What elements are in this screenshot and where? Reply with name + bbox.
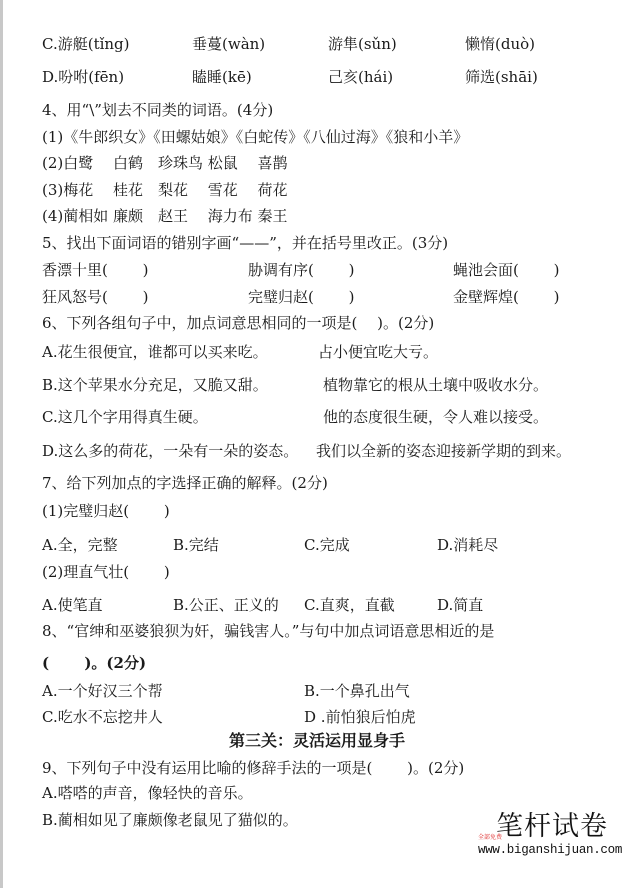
- q7-sub1-c: C.完成: [304, 535, 350, 555]
- q8-blank: ( )。(2分): [42, 653, 146, 673]
- q8-a: A.一个好汉三个帮: [42, 681, 163, 701]
- q5-title: 5、找出下面词语的错别字画“——”，并在括号里改正。(3分): [42, 233, 448, 253]
- q5-r1-1: 香漂十里( ): [42, 260, 148, 280]
- q8-c: C.吃水不忘挖井人: [42, 707, 163, 727]
- q7-title: 7、给下列加点的字选择正确的解释。(2分): [42, 473, 328, 493]
- q9-option-b: B.蔺相如见了廉颇像老鼠见了猫似的。: [42, 810, 298, 830]
- q7-sub2-a: A.使笔直: [42, 595, 103, 615]
- q6-d-right: 我们以全新的姿态迎接新学期的到来。: [316, 441, 571, 461]
- q7-sub2-stem: (2)理直气壮( ): [42, 562, 170, 582]
- q6-a-right: 占小便宜吃大亏。: [318, 342, 438, 362]
- q6-c-right: 他的态度很生硬，令人难以接受。: [323, 407, 548, 427]
- q7-sub2-c: C.直爽，直截: [304, 595, 395, 615]
- q8-d: D .前怕狼后怕虎: [304, 707, 416, 727]
- section-3-title: 第三关：灵活运用显身手: [0, 731, 634, 751]
- q3-c-2: 垂蔓(wàn): [192, 34, 265, 54]
- q7-sub1-stem: (1)完璧归赵( ): [42, 501, 170, 521]
- q3-d-1: D.吩咐(fēn): [42, 67, 124, 87]
- q7-sub1-b: B.完结: [173, 535, 219, 555]
- q3-d-4: 筛选(shāi): [465, 67, 538, 87]
- q5-r2-3: 金壁辉煌( ): [453, 287, 559, 307]
- q6-b-right: 植物靠它的根从土壤中吸收水分。: [323, 375, 548, 395]
- q5-r2-2: 完璧归赵( ): [248, 287, 354, 307]
- q3-d-3: 己亥(hái): [328, 67, 393, 87]
- q8-title: 8、“官绅和巫婆狼狈为奸，骗钱害人。”与句中加点词语意思相近的是: [42, 621, 494, 641]
- q8-b: B.一个鼻孔出气: [304, 681, 410, 701]
- q9-option-a: A.嗒嗒的声音，像轻快的音乐。: [42, 783, 253, 803]
- q3-c-3: 游隼(sǔn): [328, 34, 397, 54]
- q3-c-1: C.游艇(tǐng): [42, 34, 130, 54]
- watermark-free-tag: 全部免费: [478, 834, 502, 842]
- q3-c-4: 懒惰(duò): [465, 34, 535, 54]
- q6-b-left: B.这个苹果水分充足，又脆又甜。: [42, 375, 268, 395]
- q9-title: 9、下列句子中没有运用比喻的修辞手法的一项是( )。(2分): [42, 758, 464, 778]
- q7-sub1-d: D.消耗尽: [437, 535, 498, 555]
- watermark-title: 笔杆试卷: [496, 812, 608, 842]
- q7-sub2-d: D.简直: [437, 595, 483, 615]
- q4-item-2: (2)白鹭 白鹤 珍珠鸟 松鼠 喜鹊: [42, 153, 288, 173]
- q7-sub2-b: B.公正、正义的: [173, 595, 279, 615]
- q4-item-4: (4)蔺相如 廉颇 赵王 海力布 秦王: [42, 206, 288, 226]
- q6-a-left: A.花生很便宜，谁都可以买来吃。: [42, 342, 268, 362]
- left-edge-bar: [0, 0, 3, 888]
- q5-r1-2: 胁调有序( ): [248, 260, 354, 280]
- q4-item-1: (1)《牛郎织女》《田螺姑娘》《白蛇传》《八仙过海》《狼和小羊》: [42, 127, 468, 147]
- q6-c-left: C.这几个字用得真生硬。: [42, 407, 208, 427]
- q4-item-3: (3)梅花 桂花 梨花 雪花 荷花: [42, 180, 288, 200]
- q6-title: 6、下列各组句子中，加点词意思相同的一项是( )。(2分): [42, 313, 434, 333]
- q7-sub1-a: A.全，完整: [42, 535, 118, 555]
- q4-title: 4、用“\”划去不同类的词语。(4分): [42, 100, 273, 120]
- q6-d-left: D.这么多的荷花，一朵有一朵的姿态。: [42, 441, 298, 461]
- q5-r2-1: 狂风怒号( ): [42, 287, 148, 307]
- q5-r1-3: 蝇池会面( ): [453, 260, 559, 280]
- q3-d-2: 瞌睡(kē): [192, 67, 252, 87]
- watermark-url: www.biganshijuan.com: [478, 843, 622, 857]
